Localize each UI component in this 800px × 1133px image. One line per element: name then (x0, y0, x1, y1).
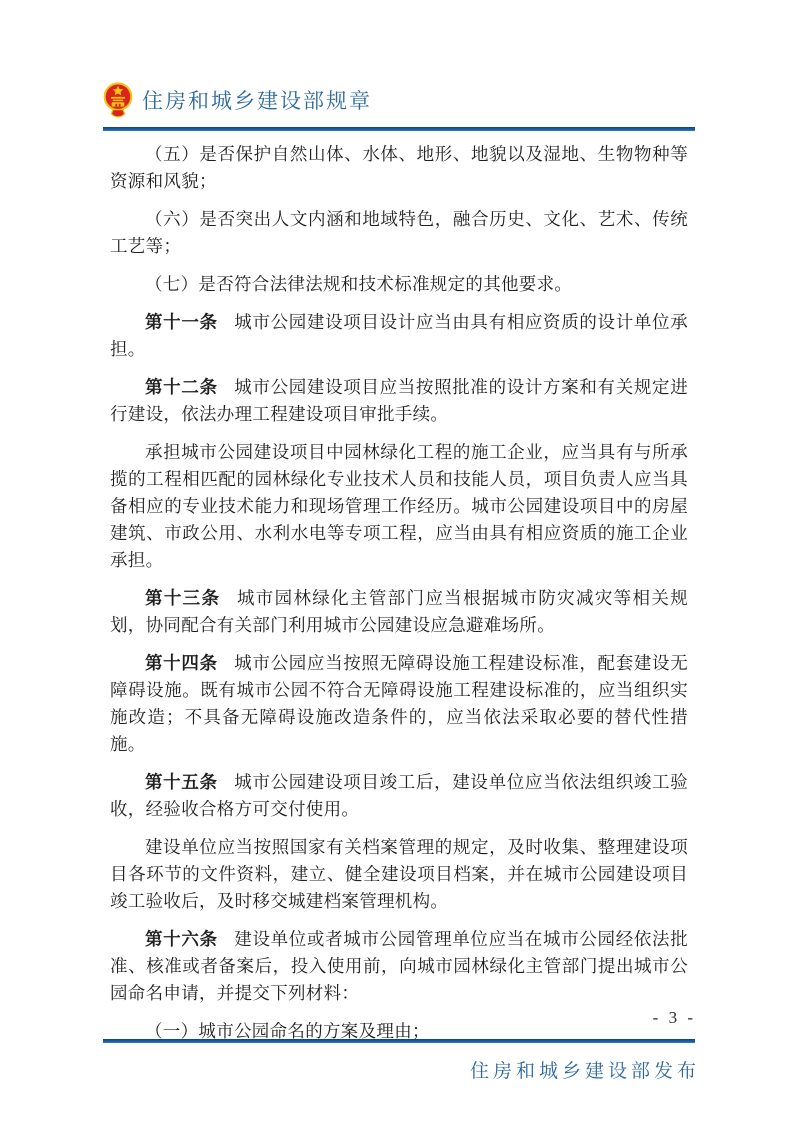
paragraph-text: （一）城市公园命名的方案及理由； (145, 1021, 430, 1041)
article-number: 第十一条 (145, 312, 218, 332)
paragraph-text: 建设单位应当按照国家有关档案管理的规定，及时收集、整理建设项目各环节的文件资料，… (110, 837, 688, 911)
article-number: 第十二条 (145, 377, 218, 397)
paragraph-text: （五）是否保护自然山体、水体、地形、地貌以及湿地、生物物种等资源和风貌； (110, 144, 688, 191)
document-page: 住房和城乡建设部规章 （五）是否保护自然山体、水体、地形、地貌以及湿地、生物物种… (0, 0, 800, 1133)
body-paragraph: 承担城市公园建设项目中园林绿化工程的施工企业，应当具有与所承揽的工程相匹配的园林… (110, 439, 688, 574)
paragraph-text: （六）是否突出人文内涵和地域特色，融合历史、文化、艺术、传统工艺等； (110, 209, 688, 256)
document-body: （五）是否保护自然山体、水体、地形、地貌以及湿地、生物物种等资源和风貌；（六）是… (110, 141, 688, 1056)
header-divider (103, 127, 695, 131)
paragraph-text: 承担城市公园建设项目中园林绿化工程的施工企业，应当具有与所承揽的工程相匹配的园林… (110, 442, 688, 570)
footer-divider (103, 1039, 695, 1043)
paragraph-text: （七）是否符合法律法规和技术标准规定的其他要求。 (145, 274, 572, 294)
body-paragraph: 第十二条城市公园建设项目应当按照批准的设计方案和有关规定进行建设，依法办理工程建… (110, 374, 688, 428)
body-paragraph: （七）是否符合法律法规和技术标准规定的其他要求。 (110, 271, 688, 298)
body-paragraph: 建设单位应当按照国家有关档案管理的规定，及时收集、整理建设项目各环节的文件资料，… (110, 834, 688, 915)
body-paragraph: （六）是否突出人文内涵和地域特色，融合历史、文化、艺术、传统工艺等； (110, 206, 688, 260)
article-number: 第十五条 (145, 772, 218, 792)
article-number: 第十四条 (145, 653, 218, 673)
document-header: 住房和城乡建设部规章 (103, 81, 695, 119)
publisher-label: 住房和城乡建设部发布 (470, 1056, 700, 1083)
body-paragraph: 第十三条城市园林绿化主管部门应当根据城市防灾减灾等相关规划，协同配合有关部门利用… (110, 585, 688, 639)
page-number: - 3 - (653, 1008, 696, 1028)
body-paragraph: 第十一条城市公园建设项目设计应当由具有相应资质的设计单位承担。 (110, 309, 688, 363)
body-paragraph: （五）是否保护自然山体、水体、地形、地貌以及湿地、生物物种等资源和风貌； (110, 141, 688, 195)
header-title: 住房和城乡建设部规章 (142, 85, 372, 115)
article-number: 第十六条 (145, 929, 218, 949)
article-number: 第十三条 (145, 588, 220, 608)
body-paragraph: 第十五条城市公园建设项目竣工后，建设单位应当依法组织竣工验收，经验收合格方可交付… (110, 769, 688, 823)
national-emblem-icon (103, 81, 133, 119)
body-paragraph: 第十六条建设单位或者城市公园管理单位应当在城市公园经依法批准、核准或者备案后，投… (110, 926, 688, 1007)
body-paragraph: 第十四条城市公园应当按照无障碍设施工程建设标准，配套建设无障碍设施。既有城市公园… (110, 650, 688, 758)
